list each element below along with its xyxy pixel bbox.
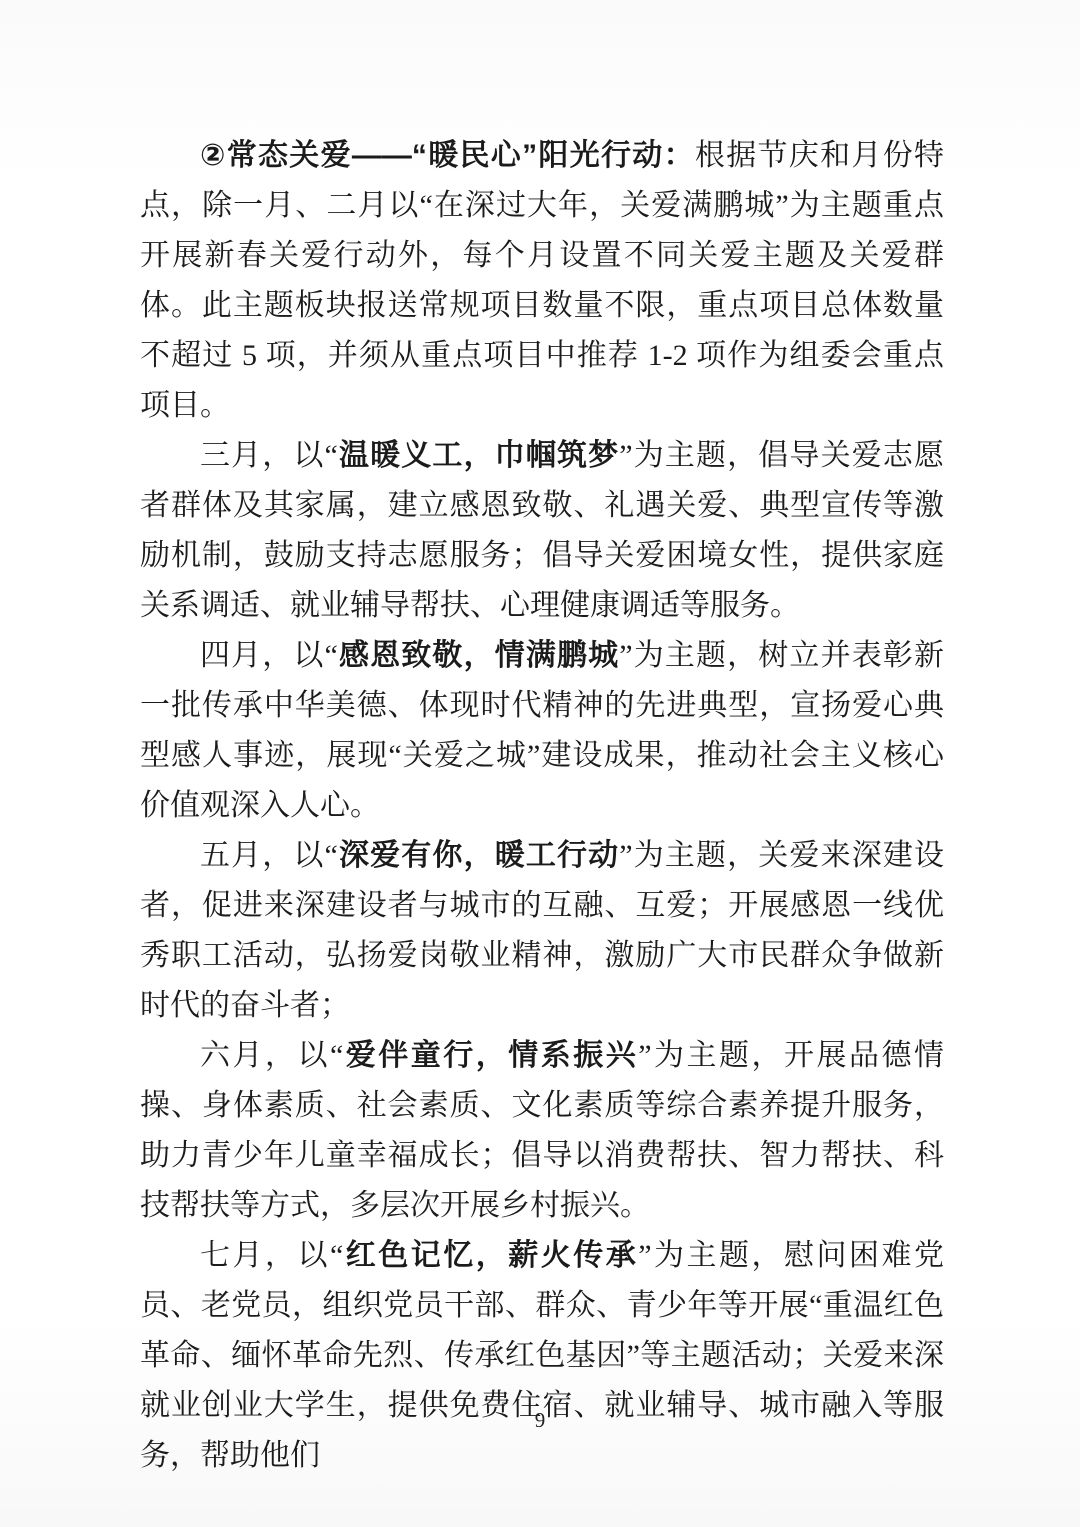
paragraph-april: 四月，以“感恩致敬，情满鹏城”为主题，树立并表彰新一批传承中华美德、体现时代精神… <box>140 631 944 831</box>
paragraph-july: 七月，以“红色记忆，薪火传承”为主题，慰问困难党员、老党员，组织党员干部、群众、… <box>140 1231 944 1481</box>
paragraph-pre: 六月，以“ <box>200 1039 343 1072</box>
paragraph-june: 六月，以“爱伴童行，情系振兴”为主题，开展品德情操、身体素质、社会素质、文化素质… <box>140 1031 944 1231</box>
paragraph-theme: 深爱有你，暖工行动 <box>338 839 619 872</box>
paragraph-pre: 三月，以“ <box>200 439 338 472</box>
document-page: ②常态关爱——“暖民心”阳光行动：根据节庆和月份特点，除一月、二月以“在深过大年… <box>0 0 1080 1527</box>
paragraph-theme: 温暖义工，巾帼筑梦 <box>338 439 619 472</box>
paragraph-text: ”为主题，慰问困难党员、老党员，组织党员干部、群众、青少年等开展“重温红色革命、… <box>140 1239 944 1472</box>
paragraph-theme: 红色记忆，薪火传承 <box>343 1239 638 1272</box>
paragraph-theme: 爱伴童行，情系振兴 <box>343 1039 638 1072</box>
paragraph-text: 根据节庆和月份特点，除一月、二月以“在深过大年，关爱满鹏城”为主题重点开展新春关… <box>140 139 944 422</box>
paragraph-pre: 四月，以“ <box>200 639 338 672</box>
paragraph-pre: 五月，以“ <box>200 839 338 872</box>
paragraph-theme: 感恩致敬，情满鹏城 <box>338 639 619 672</box>
document-body: ②常态关爱——“暖民心”阳光行动：根据节庆和月份特点，除一月、二月以“在深过大年… <box>140 131 944 1481</box>
paragraph-march: 三月，以“温暖义工，巾帼筑梦”为主题，倡导关爱志愿者群体及其家属，建立感恩致敬、… <box>140 431 944 631</box>
page-number: 9 <box>0 1408 1080 1433</box>
paragraph-overview: ②常态关爱——“暖民心”阳光行动：根据节庆和月份特点，除一月、二月以“在深过大年… <box>140 131 944 431</box>
paragraph-pre: 七月，以“ <box>200 1239 343 1272</box>
paragraph-heading: ②常态关爱——“暖民心”阳光行动： <box>200 139 695 172</box>
paragraph-may: 五月，以“深爱有你，暖工行动”为主题，关爱来深建设者，促进来深建设者与城市的互融… <box>140 831 944 1031</box>
